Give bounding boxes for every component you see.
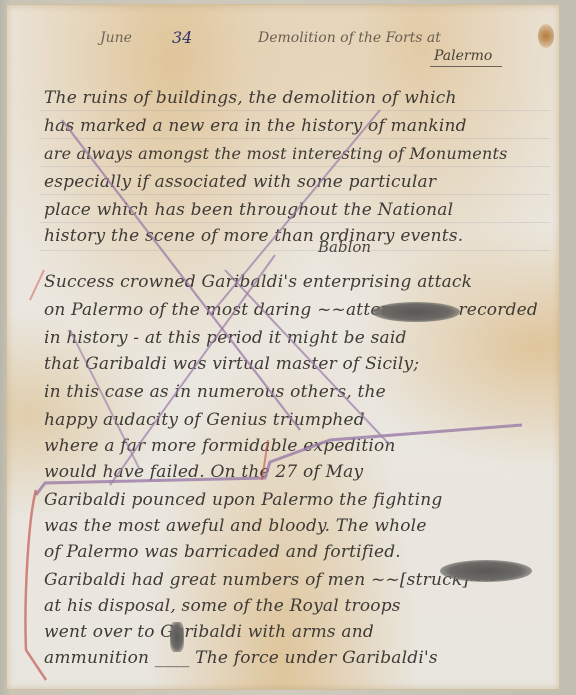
text-line: especially if associated with some parti… <box>44 172 436 192</box>
text-line: at his disposal, some of the Royal troop… <box>44 596 401 616</box>
text-line: where a far more formidable expedition <box>44 436 396 456</box>
ruled-line <box>40 250 550 251</box>
ink-blot <box>170 622 184 652</box>
text-line: would have failed. On the 27 of May <box>44 462 363 482</box>
subheading: Bablon <box>318 238 371 256</box>
text-line: The ruins of buildings, the demolition o… <box>44 88 457 108</box>
text-line: ammunition ____ The force under Garibald… <box>44 648 438 668</box>
header-date: June <box>100 30 132 46</box>
header-title: Demolition of the Forts at <box>258 30 441 46</box>
text-line: in history - at this period it might be … <box>44 328 407 348</box>
ruled-line <box>40 110 550 111</box>
text-line: Garibaldi had great numbers of men ~~[st… <box>44 570 498 590</box>
text-line: Success crowned Garibaldi's enterprising… <box>44 272 472 292</box>
ruled-line <box>40 194 550 195</box>
text-line: went over to Garibaldi with arms and <box>44 622 374 642</box>
text-line: was the most aweful and bloody. The whol… <box>44 516 427 536</box>
header-title-place: Palermo <box>430 48 502 67</box>
ruled-line <box>40 138 550 139</box>
text-line: on Palermo of the most daring ~~attempts… <box>44 300 538 320</box>
text-line: happy audacity of Genius triumphed <box>44 410 365 430</box>
text-line: are always amongst the most interesting … <box>44 144 508 163</box>
text-line: has marked a new era in the history of m… <box>44 116 467 136</box>
text-line: history the scene of more than ordinary … <box>44 226 463 246</box>
page-header: June 34 Demolition of the Forts at Paler… <box>0 30 576 70</box>
ruled-line <box>40 166 550 167</box>
ruled-line <box>40 222 550 223</box>
scribbled-out-word <box>372 302 460 322</box>
header-number: 34 <box>172 28 192 47</box>
text-line: that Garibaldi was virtual master of Sic… <box>44 354 419 374</box>
text-line: place which has been throughout the Nati… <box>44 200 453 220</box>
scribbled-out-word <box>440 560 532 582</box>
text-line: of Palermo was barricaded and fortified. <box>44 542 401 562</box>
text-line: Garibaldi pounced upon Palermo the fight… <box>44 490 442 510</box>
text-line: in this case as in numerous others, the <box>44 382 386 402</box>
